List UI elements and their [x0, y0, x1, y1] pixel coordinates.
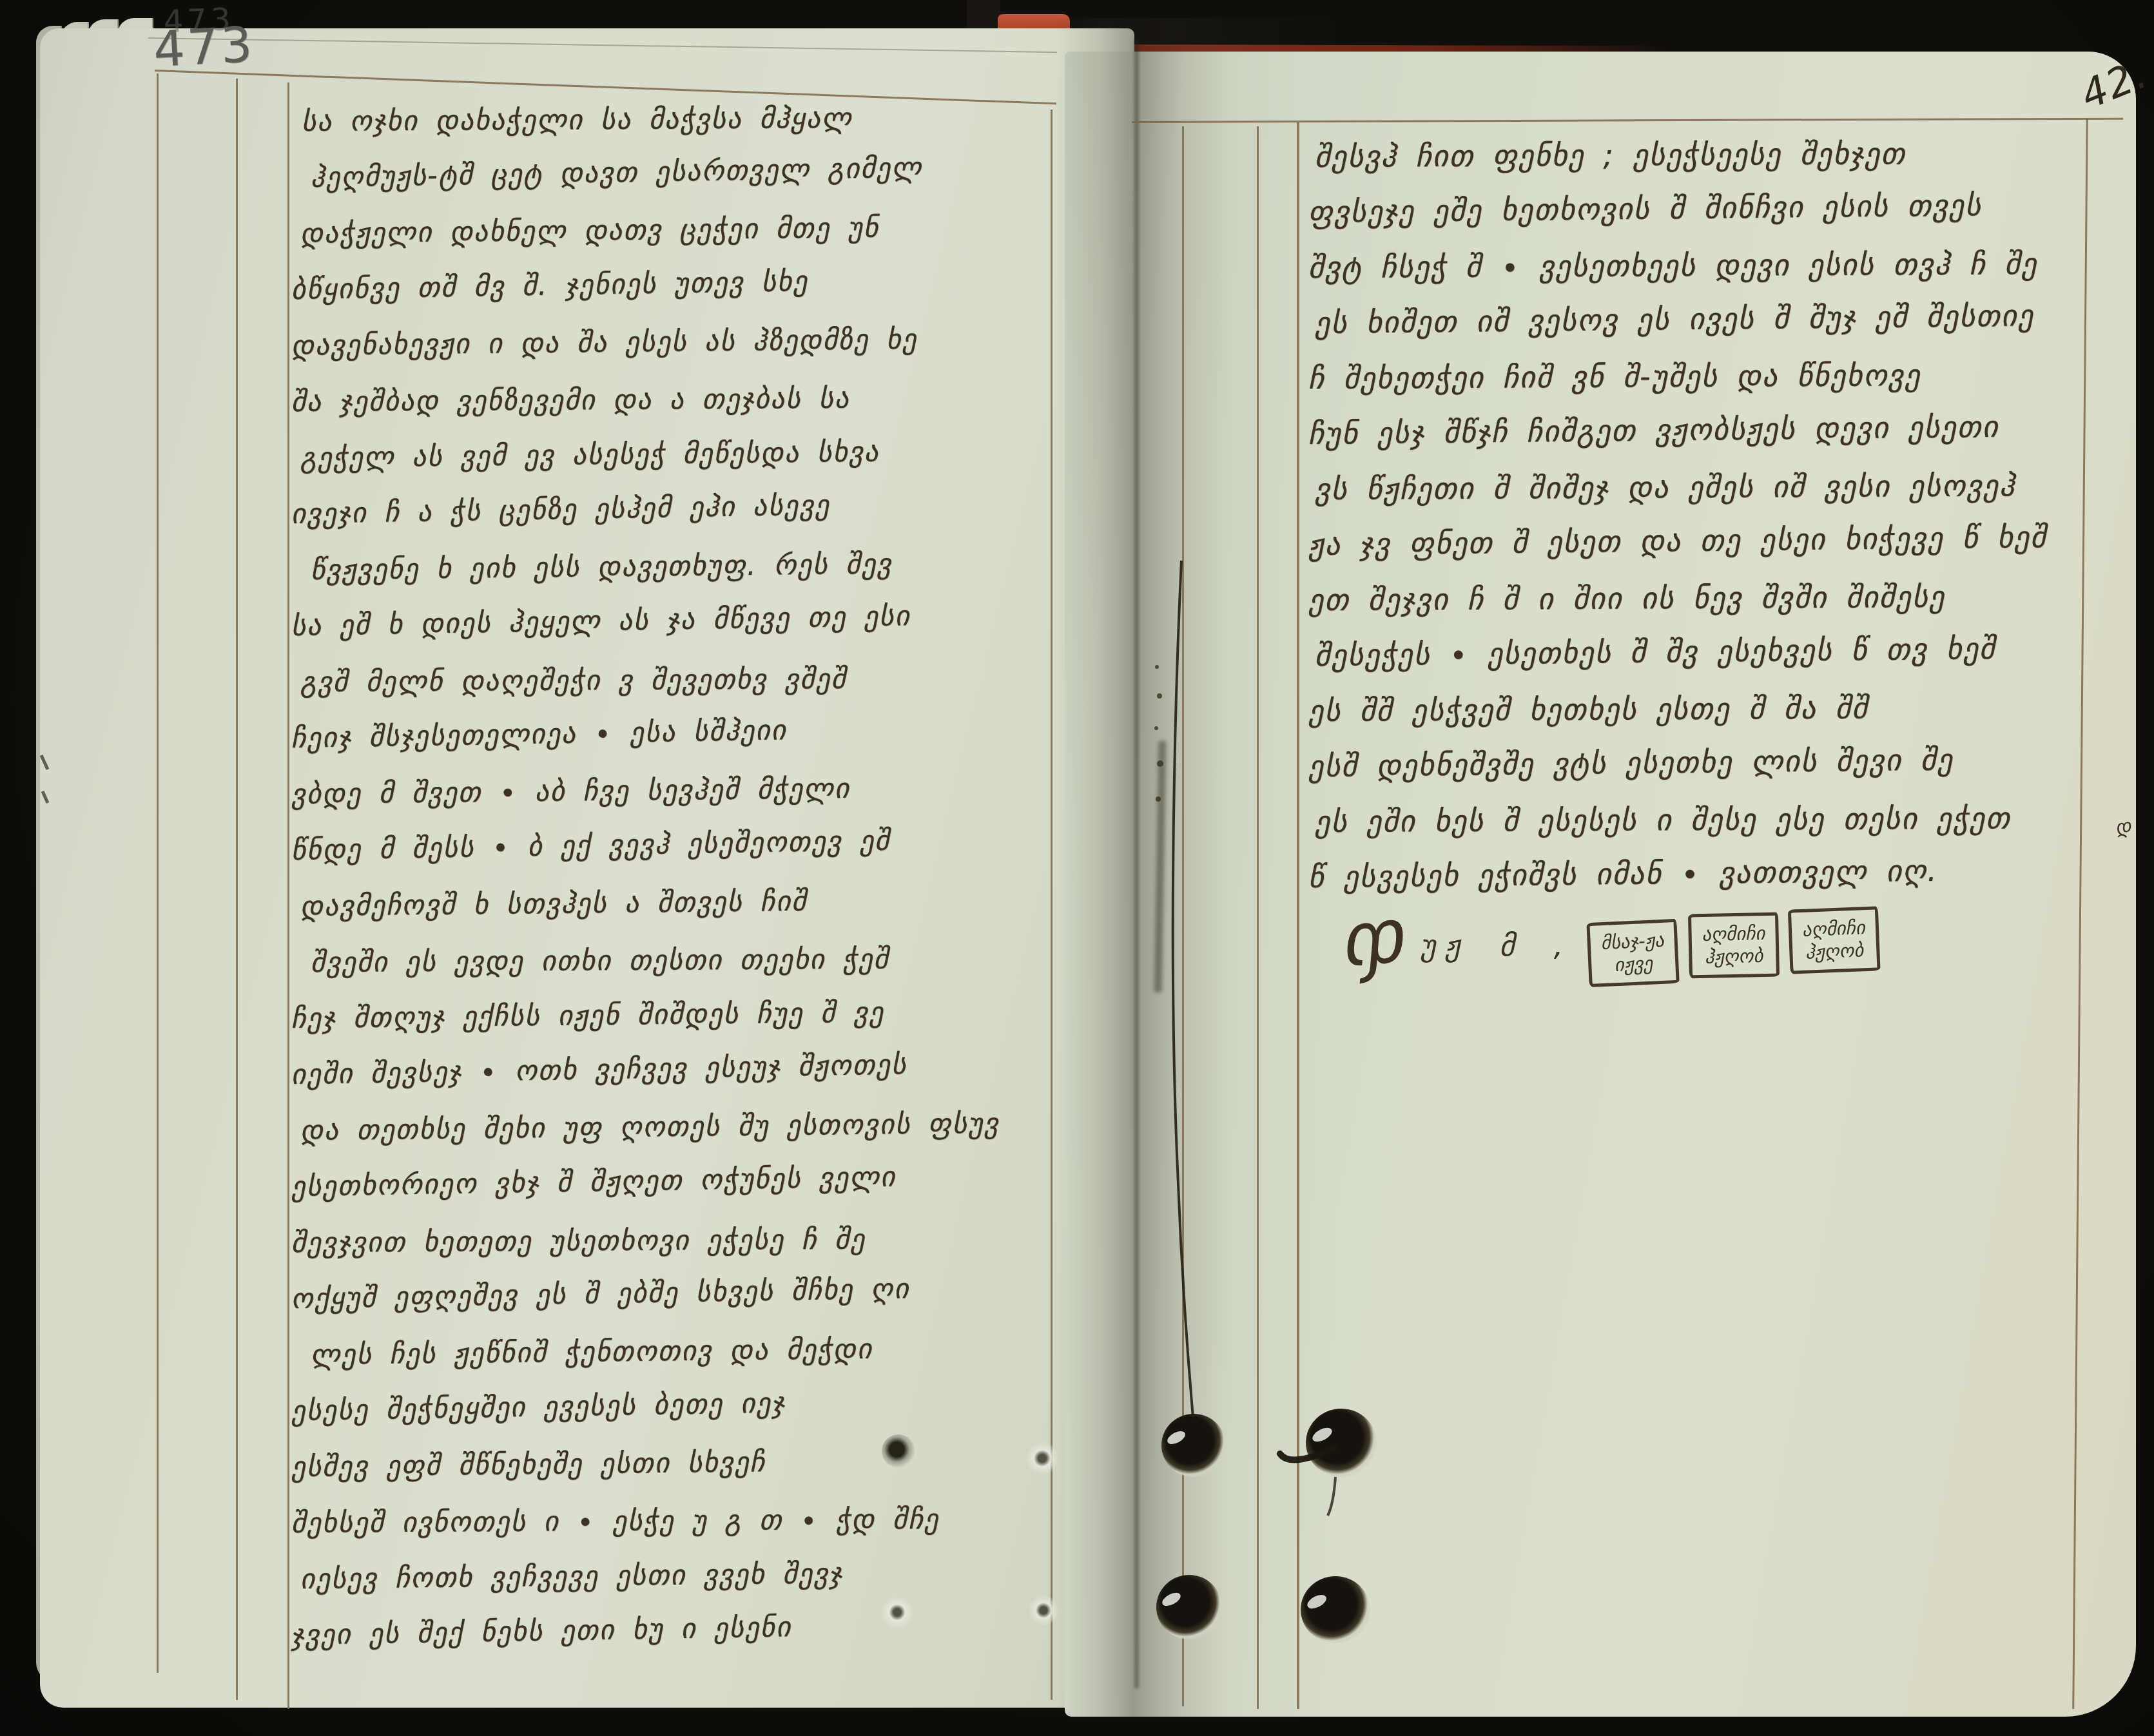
threads-overlay	[0, 0, 2154, 1736]
edge-marks	[41, 755, 48, 803]
loose-thread	[1328, 1477, 1335, 1516]
manuscript-scan: 473 473 42. სა ოჯხი დახაჭელი სა მაჭვსა მ…	[0, 0, 2154, 1736]
loose-thread	[1280, 1448, 1334, 1460]
loose-thread	[1173, 561, 1193, 1418]
gutter-ink-specks	[1154, 665, 1163, 802]
